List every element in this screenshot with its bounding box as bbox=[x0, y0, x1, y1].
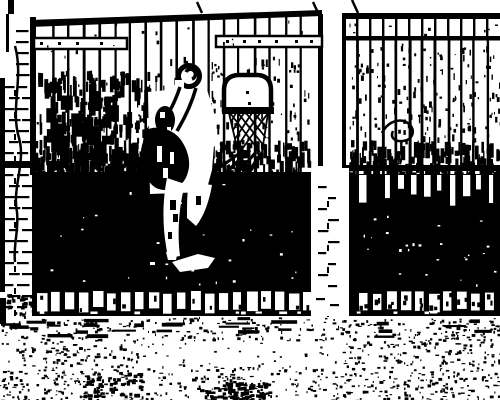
pillar-base bbox=[311, 288, 349, 316]
slat-bottom-row bbox=[32, 288, 500, 316]
drainpipe-icon bbox=[8, 0, 14, 14]
basketball-photo-scene: Backyard basketball (binarized photograp… bbox=[0, 0, 500, 400]
photo-stage: Backyard basketball (binarized photograp… bbox=[0, 0, 500, 400]
right-top-bar bbox=[342, 13, 500, 19]
right-rail-upper bbox=[342, 36, 500, 41]
rail-b bbox=[216, 36, 322, 47]
